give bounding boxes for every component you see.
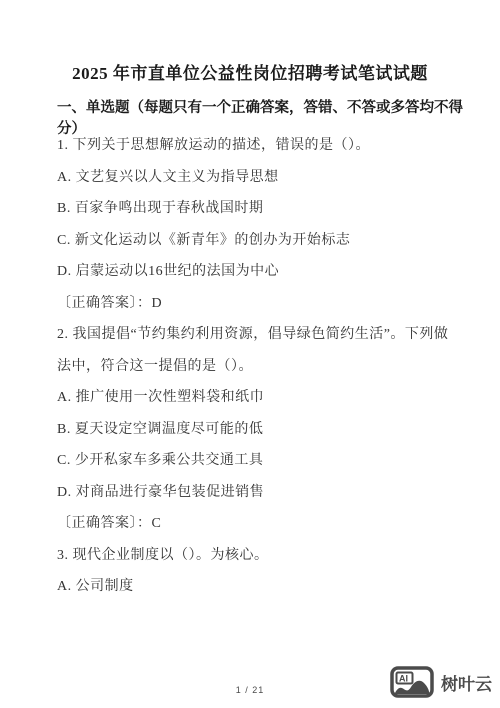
watermark: AI 树叶云 bbox=[390, 666, 492, 698]
watermark-brand-text: 树叶云 bbox=[441, 670, 492, 695]
question-1-option-c: C. 新文化运动以《新青年》的创办为开始标志 bbox=[57, 225, 451, 257]
question-2-option-d: D. 对商品进行豪华包装促进销售 bbox=[57, 477, 451, 509]
question-1-stem: 1. 下列关于思想解放运动的描述，错误的是（）。 bbox=[57, 130, 451, 162]
question-2-stem: 2. 我国提倡“节约集约利用资源，倡导绿色简约生活”。下列做法中，符合这一提倡的… bbox=[57, 319, 451, 382]
ai-image-icon: AI bbox=[390, 666, 434, 698]
question-3-option-a: A. 公司制度 bbox=[57, 571, 451, 603]
page-title: 2025 年市直单位公益性岗位招聘考试笔试试题 bbox=[0, 59, 500, 84]
exam-document-page: 2025 年市直单位公益性岗位招聘考试笔试试题 一、单选题（每题只有一个正确答案… bbox=[0, 0, 500, 708]
question-1-answer: 〔正确答案〕：D bbox=[57, 288, 451, 320]
question-1-option-d: D. 启蒙运动以16世纪的法国为中心 bbox=[57, 256, 451, 288]
question-2-option-c: C. 少开私家车多乘公共交通工具 bbox=[57, 445, 451, 477]
question-3-stem: 3. 现代企业制度以（）。为核心。 bbox=[57, 540, 451, 572]
question-2-option-a: A. 推广使用一次性塑料袋和纸巾 bbox=[57, 382, 451, 414]
question-2-answer: 〔正确答案〕：C bbox=[57, 508, 451, 540]
question-list: 1. 下列关于思想解放运动的描述，错误的是（）。 A. 文艺复兴以人文主义为指导… bbox=[57, 130, 451, 603]
question-2-option-b: B. 夏天设定空调温度尽可能的低 bbox=[57, 414, 451, 446]
question-1-option-b: B. 百家争鸣出现于春秋战国时期 bbox=[57, 193, 451, 225]
svg-text:AI: AI bbox=[399, 674, 408, 684]
question-1-option-a: A. 文艺复兴以人文主义为指导思想 bbox=[57, 162, 451, 194]
